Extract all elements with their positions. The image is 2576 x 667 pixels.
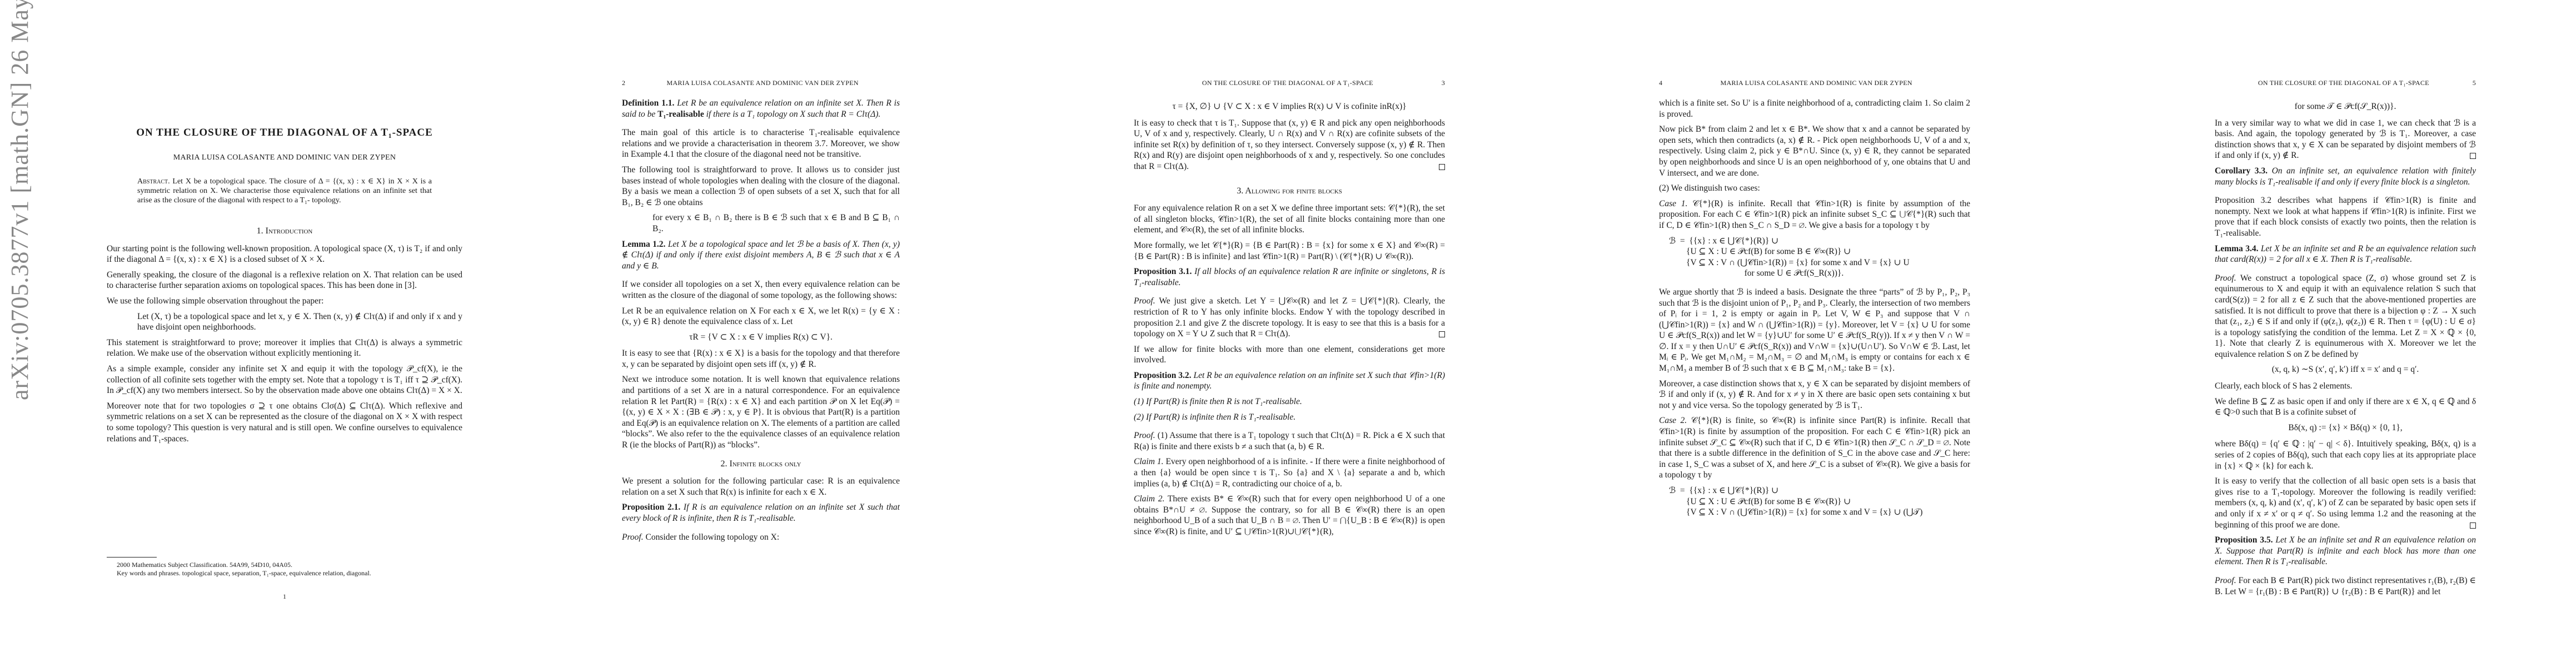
paragraph: Now pick B* from claim 2 and let x ∈ B*.… [1659,124,1970,178]
paragraph: In a very similar way to what we did in … [2215,118,2476,161]
observation-statement: Let (X, τ) be a topological space and le… [137,311,462,333]
proposition-3-2: Proposition 3.2. Let R be an equivalence… [1134,370,1445,392]
proof: Proof. (1) Assume that there is a T₁ top… [1134,430,1445,452]
running-head: ON THE CLOSURE OF THE DIAGONAL OF A T₁-S… [2215,79,2476,87]
proof: Proof. We just give a sketch. Let Y = ⋃𝒞… [1134,296,1445,339]
display-ball-definition: Bδ(x, q) := {x} × Bδ(q) × {0, 1}, [2215,422,2476,434]
arxiv-identifier-stamp: arXiv:0705.3877v1 [math.GN] 26 May 2007 [0,0,33,667]
page-1-body: 1. Introduction Our starting point is th… [107,218,462,449]
proof: Proof. For each B ∈ Part(R) pick two dis… [2215,575,2476,597]
proof: Proof. Consider the following topology o… [622,532,900,543]
paragraph: (2) We distinguish two cases: [1659,183,1970,194]
basis-definition-2: ℬ = {{x} : x ∈ ⋃𝒞{*}(R)} ∪ {U ⊆ X : U ∈ … [1669,485,1970,518]
paragraph: We define B ⊆ Z as basic open if and onl… [2215,396,2476,418]
paragraph: Proposition 3.2 describes what happens i… [2215,195,2476,238]
paragraph: As a simple example, consider any infini… [107,364,462,396]
page-4: 4 MARIA LUISA COLASANTE AND DOMINIC VAN … [1659,0,1970,667]
proposition-3-5: Proposition 3.5. Let X be an infinite se… [2215,535,2476,568]
page-5-body: for some 𝒯 ∈ 𝒫cf(𝒮_R(x))}. In a very sim… [2215,98,2476,601]
proposition-2-1: Proposition 2.1. If R is an equivalence … [622,502,900,524]
paragraph: Next we introduce some notation. It is w… [622,374,900,450]
paragraph: We argue shortly that ℬ is indeed a basi… [1659,287,1970,374]
page-number: 5 [2473,79,2476,87]
qed-box-icon [1439,164,1445,170]
qed-box-icon [2470,522,2476,529]
running-head-authors: MARIA LUISA COLASANTE AND DOMINIC VAN DE… [625,79,900,87]
paragraph: Our starting point is the following well… [107,243,462,265]
abstract: Abstract. Let X be a topological space. … [137,177,432,205]
footnote-rule [107,557,157,558]
page-4-body: which is a finite set. So U′ is a finite… [1659,98,1970,524]
running-head: ON THE CLOSURE OF THE DIAGONAL OF A T₁-S… [1134,79,1445,87]
page-3: ON THE CLOSURE OF THE DIAGONAL OF A T₁-S… [1134,0,1445,667]
page-1: ON THE CLOSURE OF THE DIAGONAL OF A T₁-S… [107,0,462,667]
abstract-label: Abstract. [137,177,170,186]
case-1: Case 1. 𝒞{*}(R) is infinite. Recall that… [1659,198,1970,231]
basis-definition-1: ℬ = {{x} : x ∈ ⋃𝒞{*}(R)} ∪ {U ⊆ X : U ∈ … [1669,236,1970,279]
paragraph: Let R be an equivalence relation on X Fo… [622,306,900,327]
paragraph: The main goal of this article is to char… [622,127,900,160]
running-head-title: ON THE CLOSURE OF THE DIAGONAL OF A T₁-S… [2215,79,2473,87]
paragraph: We use the following simple observation … [107,296,462,307]
footnote-msc: 2000 Mathematics Subject Classification.… [107,561,462,569]
proof-continuation: It is easy to check that τ is T₁. Suppos… [1134,118,1445,172]
proof: Proof. We construct a topological space … [2215,273,2476,360]
footnote-keywords: Key words and phrases. topological space… [107,569,462,578]
display-continuation: for some 𝒯 ∈ 𝒫cf(𝒮_R(x))}. [2215,101,2476,112]
section-heading-infinite-blocks: 2. Infinite blocks only [622,459,900,470]
arxiv-identifier-text: arXiv:0705.3877v1 [math.GN] 26 May 2007 [6,0,34,400]
running-head: 2 MARIA LUISA COLASANTE AND DOMINIC VAN … [622,79,900,87]
paragraph: Moreover note that for two topologies σ … [107,401,462,444]
paragraph: which is a finite set. So U′ is a finite… [1659,98,1970,120]
lemma-3-4: Lemma 3.4. Let X be an infinite set and … [2215,243,2476,265]
paragraph: It is easy to see that {R(x) : x ∈ X} is… [622,348,900,370]
qed-box-icon [2470,153,2476,159]
qed-box-icon [1439,331,1445,337]
page-number: 3 [1442,79,1445,87]
basis-condition: for every x ∈ B₁ ∩ B₂ there is B ∈ ℬ suc… [652,212,900,234]
lemma-1-2: Lemma 1.2. Let X be a topological space … [622,239,900,272]
case-2: Case 2. 𝒞{*}(R) is finite, so 𝒞∞(R) is i… [1659,415,1970,481]
abstract-text: Let X be a topological space. The closur… [137,177,432,205]
display-equation-tau: τ = {X, ∅} ∪ {V ⊂ X : x ∈ V implies R(x)… [1134,101,1445,112]
definition-1-1: Definition 1.1. Let R be an equivalence … [622,98,900,120]
list-item: (1) If Part(R) is finite then R is not T… [1134,396,1445,407]
paragraph: For any equivalence relation R on a set … [1134,203,1445,236]
display-equation-tau-r: τR = {V ⊂ X : x ∈ V implies R(x) ⊂ V}. [622,332,900,343]
page-2-body: Definition 1.1. Let R be an equivalence … [622,98,900,547]
section-heading-introduction: 1. Introduction [107,226,462,237]
section-heading-finite-blocks: 3. Allowing for finite blocks [1134,186,1445,197]
paragraph: The following tool is straightforward to… [622,165,900,208]
paragraph: where Bδ(q) = {q′ ∈ ℚ : |q′ − q| < δ}. I… [2215,439,2476,471]
paragraph: More formally, we let 𝒞{*}(R) = {B ∈ Par… [1134,240,1445,262]
paragraph: We present a solution for the following … [622,476,900,497]
running-head: 4 MARIA LUISA COLASANTE AND DOMINIC VAN … [1659,79,1970,87]
page-2: 2 MARIA LUISA COLASANTE AND DOMINIC VAN … [622,0,900,667]
paper-authors: MARIA LUISA COLASANTE AND DOMINIC VAN DE… [107,153,462,162]
list-item: (2) If Part(R) is infinite then R is T₁-… [1134,412,1445,423]
paragraph: Clearly, each block of S has 2 elements. [2215,381,2476,392]
paragraph: If we allow for finite blocks with more … [1134,344,1445,366]
running-head-authors: MARIA LUISA COLASANTE AND DOMINIC VAN DE… [1662,79,1970,87]
footnote: 2000 Mathematics Subject Classification.… [107,557,462,578]
page-number: 1 [107,593,462,601]
paper-title: ON THE CLOSURE OF THE DIAGONAL OF A T₁-S… [107,127,462,139]
corollary-3-3: Corollary 3.3. On an infinite set, an eq… [2215,166,2476,187]
page-5: ON THE CLOSURE OF THE DIAGONAL OF A T₁-S… [2215,0,2476,667]
running-head-title: ON THE CLOSURE OF THE DIAGONAL OF A T₁-S… [1134,79,1442,87]
claim-1: Claim 1. Every open neighborhood of a is… [1134,456,1445,489]
paragraph: Generally speaking, the closure of the d… [107,270,462,291]
paragraph: It is easy to verify that the collection… [2215,476,2476,530]
proposition-3-1: Proposition 3.1. If all blocks of an equ… [1134,266,1445,288]
page-3-body: τ = {X, ∅} ∪ {V ⊂ X : x ∈ V implies R(x)… [1134,98,1445,542]
display-equivalence-s: (x, q, k) ∼S (x′, q′, k′) iff x = x′ and… [2215,364,2476,375]
paragraph: This statement is straightforward to pro… [107,337,462,359]
paragraph: Moreover, a case distinction shows that … [1659,379,1970,411]
claim-2: Claim 2. There exists B* ∈ 𝒞∞(R) such th… [1134,494,1445,537]
paragraph: If we consider all topologies on a set X… [622,279,900,301]
